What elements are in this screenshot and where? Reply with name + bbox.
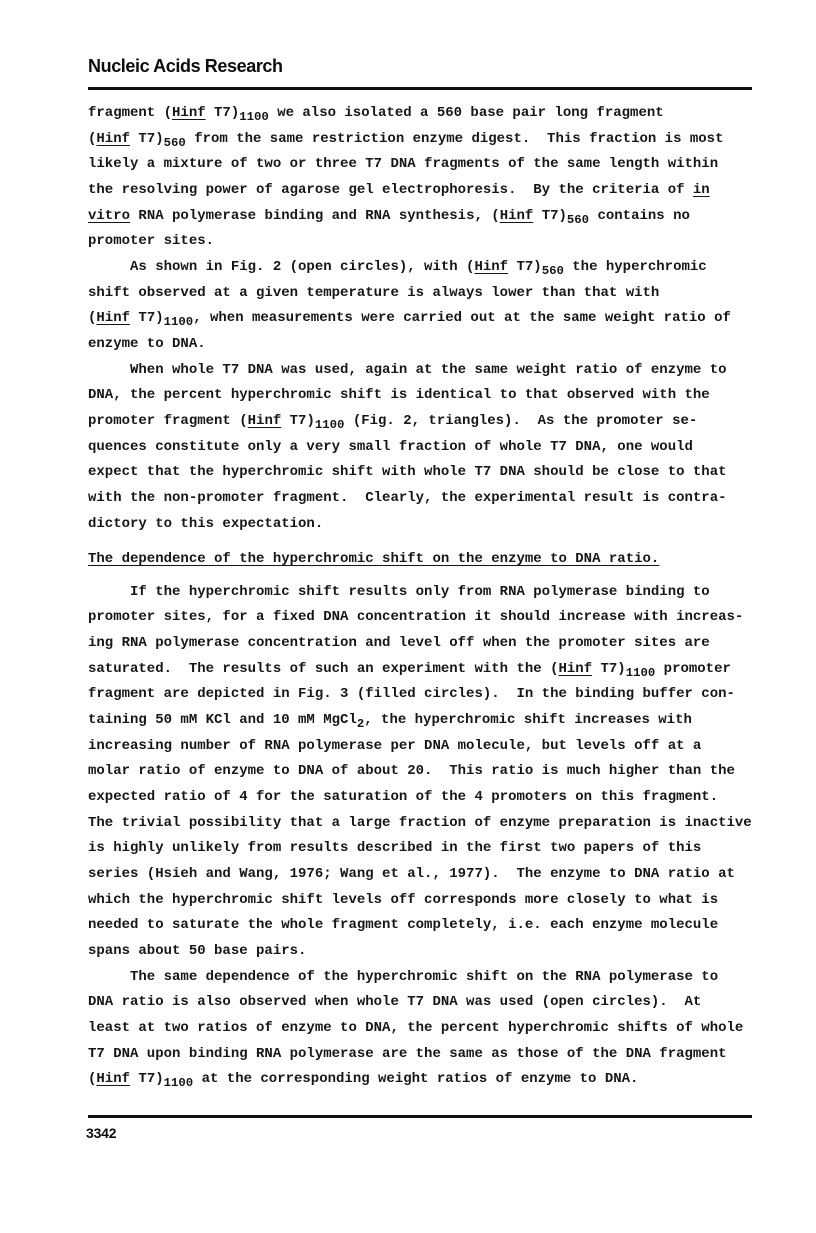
subscript-text: 560 [164,136,186,150]
article-body: fragment (Hinf T7)1100 we also isolated … [88,101,788,1093]
underlined-text: vitro [88,208,130,224]
text-line: enzyme to DNA. [88,332,788,358]
text-segment: promoter sites. [88,233,214,249]
text-line: (Hinf T7)1100 at the corresponding weigh… [88,1067,788,1093]
underlined-text: Hinf [96,1071,130,1087]
text-line: The same dependence of the hyperchromic … [88,965,788,991]
subscript-text: 1100 [315,418,345,432]
text-segment: RNA polymerase binding and RNA synthesis… [130,208,500,224]
text-segment: taining 50 mM KCl and 10 mM MgCl [88,712,357,728]
subscript-text: 1100 [164,315,194,329]
text-segment: the hyperchromic [564,259,707,275]
paragraph: fragment (Hinf T7)1100 we also isolated … [88,101,788,255]
text-line: series (Hsieh and Wang, 1976; Wang et al… [88,862,788,888]
underlined-text: Hinf [96,131,130,147]
text-segment: fragment are depicted in Fig. 3 (filled … [88,686,735,702]
journal-title: Nucleic Acids Research [88,56,283,77]
text-line: fragment are depicted in Fig. 3 (filled … [88,682,788,708]
paragraph: When whole T7 DNA was used, again at the… [88,358,788,538]
text-line: taining 50 mM KCl and 10 mM MgCl2, the h… [88,708,788,734]
text-line: The trivial possibility that a large fra… [88,811,788,837]
text-line: with the non-promoter fragment. Clearly,… [88,486,788,512]
underlined-text: Hinf [474,259,508,275]
paragraph: As shown in Fig. 2 (open circles), with … [88,255,788,358]
text-line: If the hyperchromic shift results only f… [88,580,788,606]
text-segment: increasing number of RNA polymerase per … [88,738,701,754]
underlined-text: Hinf [248,413,282,429]
text-line: DNA, the percent hyperchromic shift is i… [88,383,788,409]
text-segment: promoter [655,661,731,677]
text-segment: saturated. The results of such an experi… [88,661,558,677]
text-line: which the hyperchromic shift levels off … [88,888,788,914]
text-line: promoter fragment (Hinf T7)1100 (Fig. 2,… [88,409,788,435]
text-line: molar ratio of enzyme to DNA of about 20… [88,759,788,785]
text-segment: shift observed at a given temperature is… [88,285,659,301]
text-line: ing RNA polymerase concentration and lev… [88,631,788,657]
text-line: spans about 50 base pairs. [88,939,788,965]
subscript-text: 1100 [164,1076,194,1090]
page-number: 3342 [86,1125,116,1141]
text-segment: with the non-promoter fragment. Clearly,… [88,490,727,506]
text-segment: molar ratio of enzyme to DNA of about 20… [88,763,735,779]
text-line: T7 DNA upon binding RNA polymerase are t… [88,1042,788,1068]
text-segment: enzyme to DNA. [88,336,206,352]
section-heading: The dependence of the hyperchromic shift… [88,547,788,573]
text-segment: (Fig. 2, triangles). As the promoter se- [344,413,697,429]
text-line: is highly unlikely from results describe… [88,836,788,862]
text-segment: promoter sites, for a fixed DNA concentr… [88,609,743,625]
text-line: the resolving power of agarose gel elect… [88,178,788,204]
underlined-text: Hinf [96,310,130,326]
text-line: quences constitute only a very small fra… [88,435,788,461]
text-line: vitro RNA polymerase binding and RNA syn… [88,204,788,230]
text-line: least at two ratios of enzyme to DNA, th… [88,1016,788,1042]
text-line: (Hinf T7)560 from the same restriction e… [88,127,788,153]
text-line: (Hinf T7)1100, when measurements were ca… [88,306,788,332]
underlined-text: in [693,182,710,198]
underlined-text: The dependence of the hyperchromic shift… [88,551,659,567]
text-segment: spans about 50 base pairs. [88,943,306,959]
text-segment: from the same restriction enzyme digest.… [186,131,724,147]
text-line: increasing number of RNA polymerase per … [88,734,788,760]
text-line: As shown in Fig. 2 (open circles), with … [88,255,788,281]
text-segment: T7) [533,208,567,224]
text-segment: T7) [592,661,626,677]
text-line: needed to saturate the whole fragment co… [88,913,788,939]
text-segment: fragment ( [88,105,172,121]
text-line: promoter sites, for a fixed DNA concentr… [88,605,788,631]
text-line: promoter sites. [88,229,788,255]
text-segment: The same dependence of the hyperchromic … [88,969,718,985]
text-segment: The trivial possibility that a large fra… [88,815,752,831]
text-line: shift observed at a given temperature is… [88,281,788,307]
text-segment: T7 DNA upon binding RNA polymerase are t… [88,1046,727,1062]
text-segment: is highly unlikely from results describe… [88,840,701,856]
text-line: The dependence of the hyperchromic shift… [88,547,788,573]
text-line: expected ratio of 4 for the saturation o… [88,785,788,811]
subscript-text: 1100 [239,110,269,124]
text-segment: T7) [130,131,164,147]
text-segment: contains no [589,208,690,224]
underlined-text: Hinf [172,105,206,121]
text-line: dictory to this expectation. [88,512,788,538]
text-segment: at the corresponding weight ratios of en… [193,1071,638,1087]
subscript-text: 560 [542,264,564,278]
text-segment: expected ratio of 4 for the saturation o… [88,789,718,805]
text-segment: , the hyperchromic shift increases with [364,712,692,728]
text-segment: we also isolated a 560 base pair long fr… [269,105,664,121]
text-segment: T7) [130,310,164,326]
text-segment: quences constitute only a very small fra… [88,439,693,455]
text-segment: DNA ratio is also observed when whole T7… [88,994,701,1010]
document-page: Nucleic Acids Research fragment (Hinf T7… [0,0,816,1233]
subscript-text: 560 [567,213,589,227]
text-segment: series (Hsieh and Wang, 1976; Wang et al… [88,866,735,882]
footer-rule [88,1115,752,1118]
text-segment: As shown in Fig. 2 (open circles), with … [88,259,474,275]
text-line: expect that the hyperchromic shift with … [88,460,788,486]
text-segment: T7) [130,1071,164,1087]
subscript-text: 2 [357,717,364,731]
paragraph: The same dependence of the hyperchromic … [88,965,788,1093]
text-segment: promoter fragment ( [88,413,248,429]
text-line: fragment (Hinf T7)1100 we also isolated … [88,101,788,127]
text-segment: T7) [508,259,542,275]
text-line: When whole T7 DNA was used, again at the… [88,358,788,384]
underlined-text: Hinf [500,208,534,224]
underlined-text: Hinf [558,661,592,677]
text-segment: T7) [281,413,315,429]
text-segment: likely a mixture of two or three T7 DNA … [88,156,718,172]
text-segment: the resolving power of agarose gel elect… [88,182,693,198]
text-line: DNA ratio is also observed when whole T7… [88,990,788,1016]
subscript-text: 1100 [626,666,656,680]
text-line: saturated. The results of such an experi… [88,657,788,683]
text-segment: which the hyperchromic shift levels off … [88,892,718,908]
text-segment: DNA, the percent hyperchromic shift is i… [88,387,710,403]
text-segment: ing RNA polymerase concentration and lev… [88,635,710,651]
text-segment: dictory to this expectation. [88,516,323,532]
text-line: likely a mixture of two or three T7 DNA … [88,152,788,178]
text-segment: least at two ratios of enzyme to DNA, th… [88,1020,743,1036]
text-segment: needed to saturate the whole fragment co… [88,917,718,933]
text-segment: expect that the hyperchromic shift with … [88,464,727,480]
text-segment: When whole T7 DNA was used, again at the… [88,362,727,378]
text-segment: , when measurements were carried out at … [193,310,731,326]
text-segment: T7) [206,105,240,121]
header-rule [88,87,752,90]
text-segment: If the hyperchromic shift results only f… [88,584,710,600]
paragraph: If the hyperchromic shift results only f… [88,580,788,965]
